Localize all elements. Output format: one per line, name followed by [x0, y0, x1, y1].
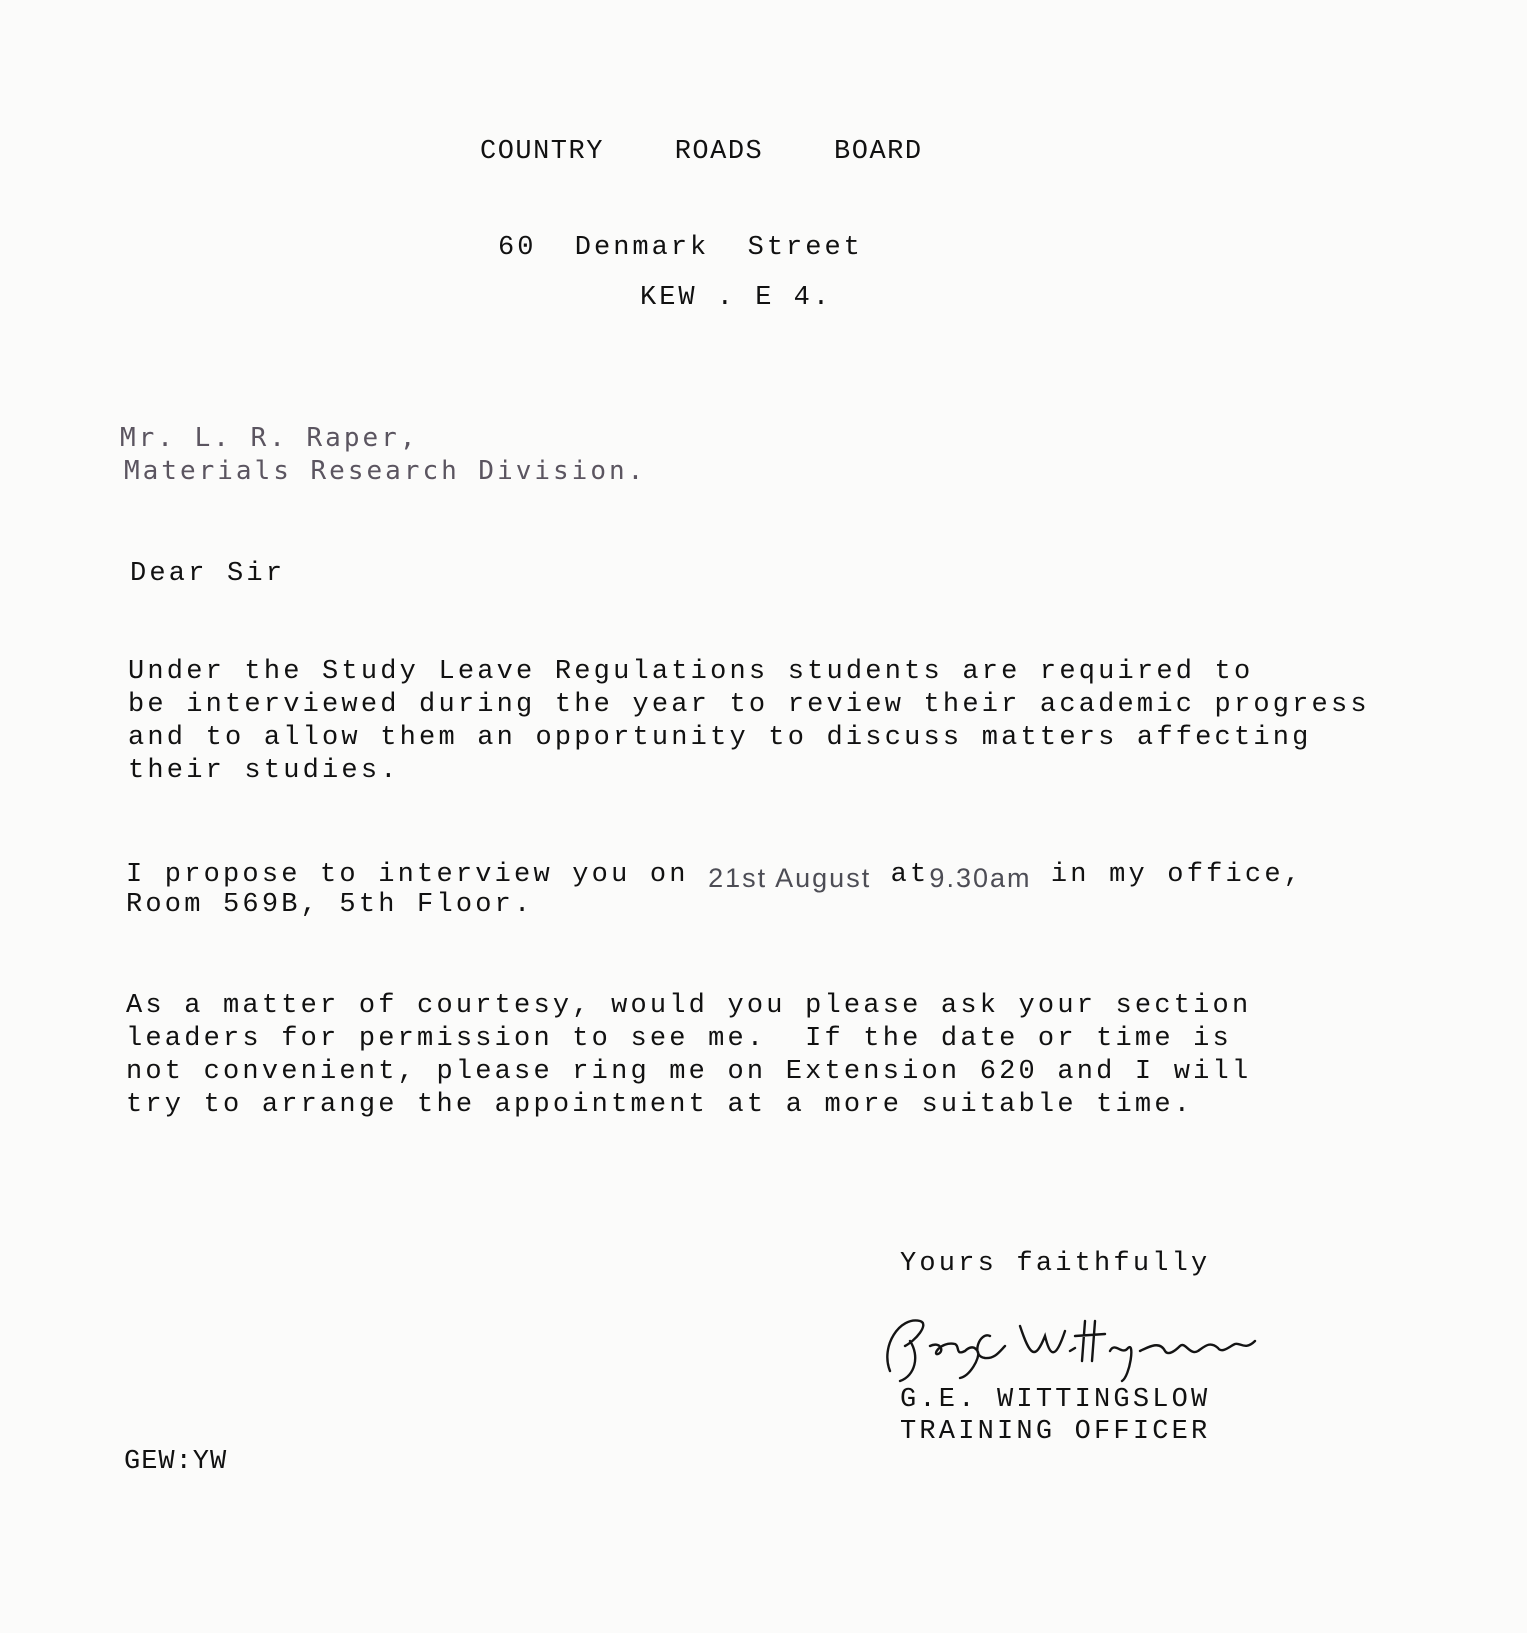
valediction: Yours faithfully — [900, 1248, 1210, 1281]
paragraph-line: Under the Study Leave Regulations studen… — [128, 656, 1253, 689]
paragraph-line: try to arrange the appointment at a more… — [126, 1089, 1193, 1122]
interview-time: 9.30am — [929, 863, 1031, 893]
paragraph-line: be interviewed during the year to review… — [128, 689, 1370, 722]
paragraph-line: leaders for permission to see me. If the… — [126, 1023, 1232, 1056]
recipient-division: Materials Research Division. — [124, 455, 646, 488]
paragraph-line: and to allow them an opportunity to disc… — [128, 722, 1312, 755]
paragraph-line: not convenient, please ring me on Extens… — [126, 1056, 1251, 1089]
interview-intro: I propose to interview you on — [126, 860, 708, 890]
signatory-name: G.E. WITTINGSLOW — [900, 1384, 1210, 1417]
salutation: Dear Sir — [130, 558, 285, 591]
interview-place: in my office, — [1031, 860, 1303, 890]
letterhead-suburb: KEW . E 4. — [640, 282, 832, 315]
recipient-name: Mr. L. R. Raper, — [120, 422, 418, 455]
handwritten-signature — [860, 1296, 1290, 1386]
paragraph-line: Room 569B, 5th Floor. — [126, 889, 533, 922]
paragraph-line: I propose to interview you on 21st Augus… — [126, 856, 1303, 892]
letterhead-street: 60 Denmark Street — [498, 232, 863, 265]
interview-at: at — [871, 860, 929, 890]
paragraph-line: their studies. — [128, 755, 400, 788]
signatory-title: TRAINING OFFICER — [900, 1416, 1210, 1449]
interview-date: 21st August — [708, 863, 871, 893]
reference-initials: GEW:YW — [124, 1446, 227, 1479]
paragraph-line: As a matter of courtesy, would you pleas… — [126, 990, 1251, 1023]
letterhead-organisation: COUNTRY ROADS BOARD — [480, 136, 923, 169]
